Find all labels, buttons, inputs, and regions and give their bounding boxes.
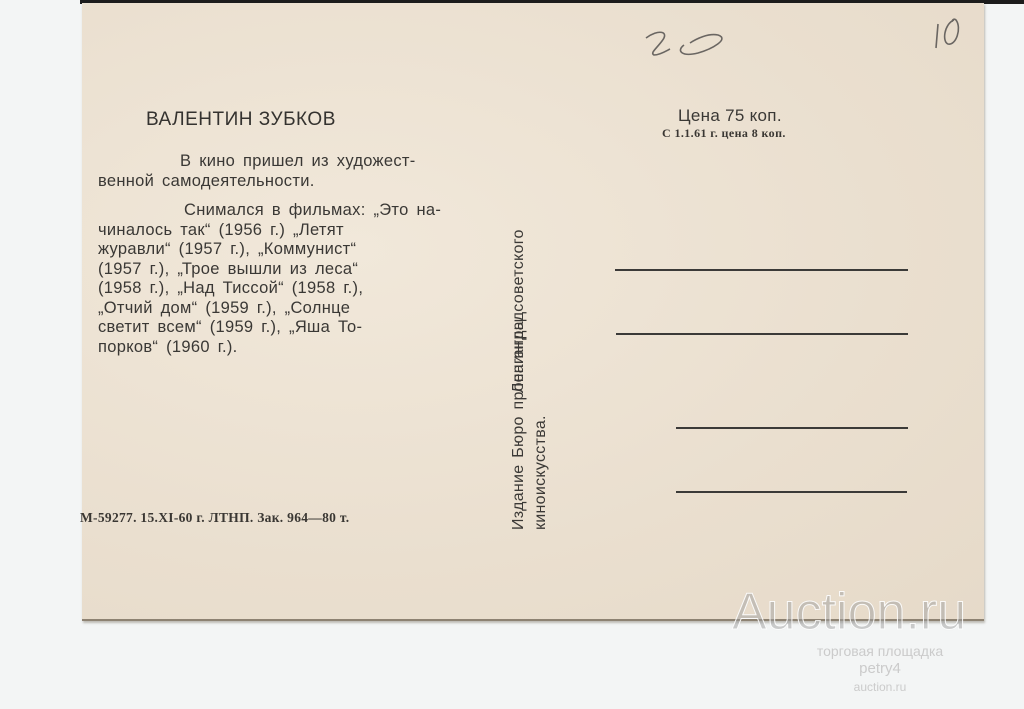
publisher-line-2: киноискусства.Ленинград: [530, 229, 552, 530]
address-line-2: [616, 333, 908, 335]
films-line: светит всем“ (1959 г.), „Яша То-: [98, 318, 488, 338]
address-line-3: [676, 427, 908, 429]
films-line: (1957 г.), „Трое вышли из леса“: [98, 260, 488, 280]
films-line: Снимался в фильмах: „Это на-: [98, 201, 488, 221]
films-line: (1958 г.), „Над Тиссой“ (1958 г.),: [98, 279, 488, 299]
price-label: Цена 75 коп.: [678, 106, 782, 126]
films-line: чиналось так“ (1956 г.) „Летят: [98, 221, 488, 241]
bio-paragraph-films: Снимался в фильмах: „Это на- чиналось та…: [98, 201, 488, 357]
films-line: журавли“ (1957 г.), „Коммунист“: [98, 240, 488, 260]
watermark-seller: petry4: [780, 660, 980, 677]
actor-name-heading: ВАЛЕНТИН ЗУБКОВ: [146, 109, 336, 131]
films-line: „Отчий дом“ (1959 г.), „Солнце: [98, 299, 488, 319]
publisher-org-suffix: киноискусства.: [532, 415, 549, 530]
bio-paragraph-1: В кино пришел из художест- венной самоде…: [98, 152, 488, 191]
print-imprint: М-59277. 15.XI-60 г. ЛТНП. Зак. 964—80 т…: [80, 510, 349, 526]
address-line-4: [676, 491, 907, 493]
films-line: порков“ (1960 г.).: [98, 338, 488, 358]
bio-line: венной самодеятельности.: [98, 172, 488, 192]
watermark-site: auction.ru: [780, 680, 980, 694]
handwritten-10-mark: [932, 14, 966, 54]
bio-line: В кино пришел из художест-: [98, 152, 488, 172]
publisher-city: Ленинград: [510, 312, 527, 394]
address-line-1: [615, 269, 908, 271]
watermark-brand: Auction.ru: [732, 582, 966, 642]
publisher-vertical-text: Издание Бюро пропаганды советского кинои…: [508, 229, 552, 530]
handwritten-20-mark: [640, 25, 735, 60]
watermark-tagline: торговая площадка: [780, 643, 980, 659]
price-new-label: С 1.1.61 г. цена 8 коп.: [662, 126, 786, 141]
